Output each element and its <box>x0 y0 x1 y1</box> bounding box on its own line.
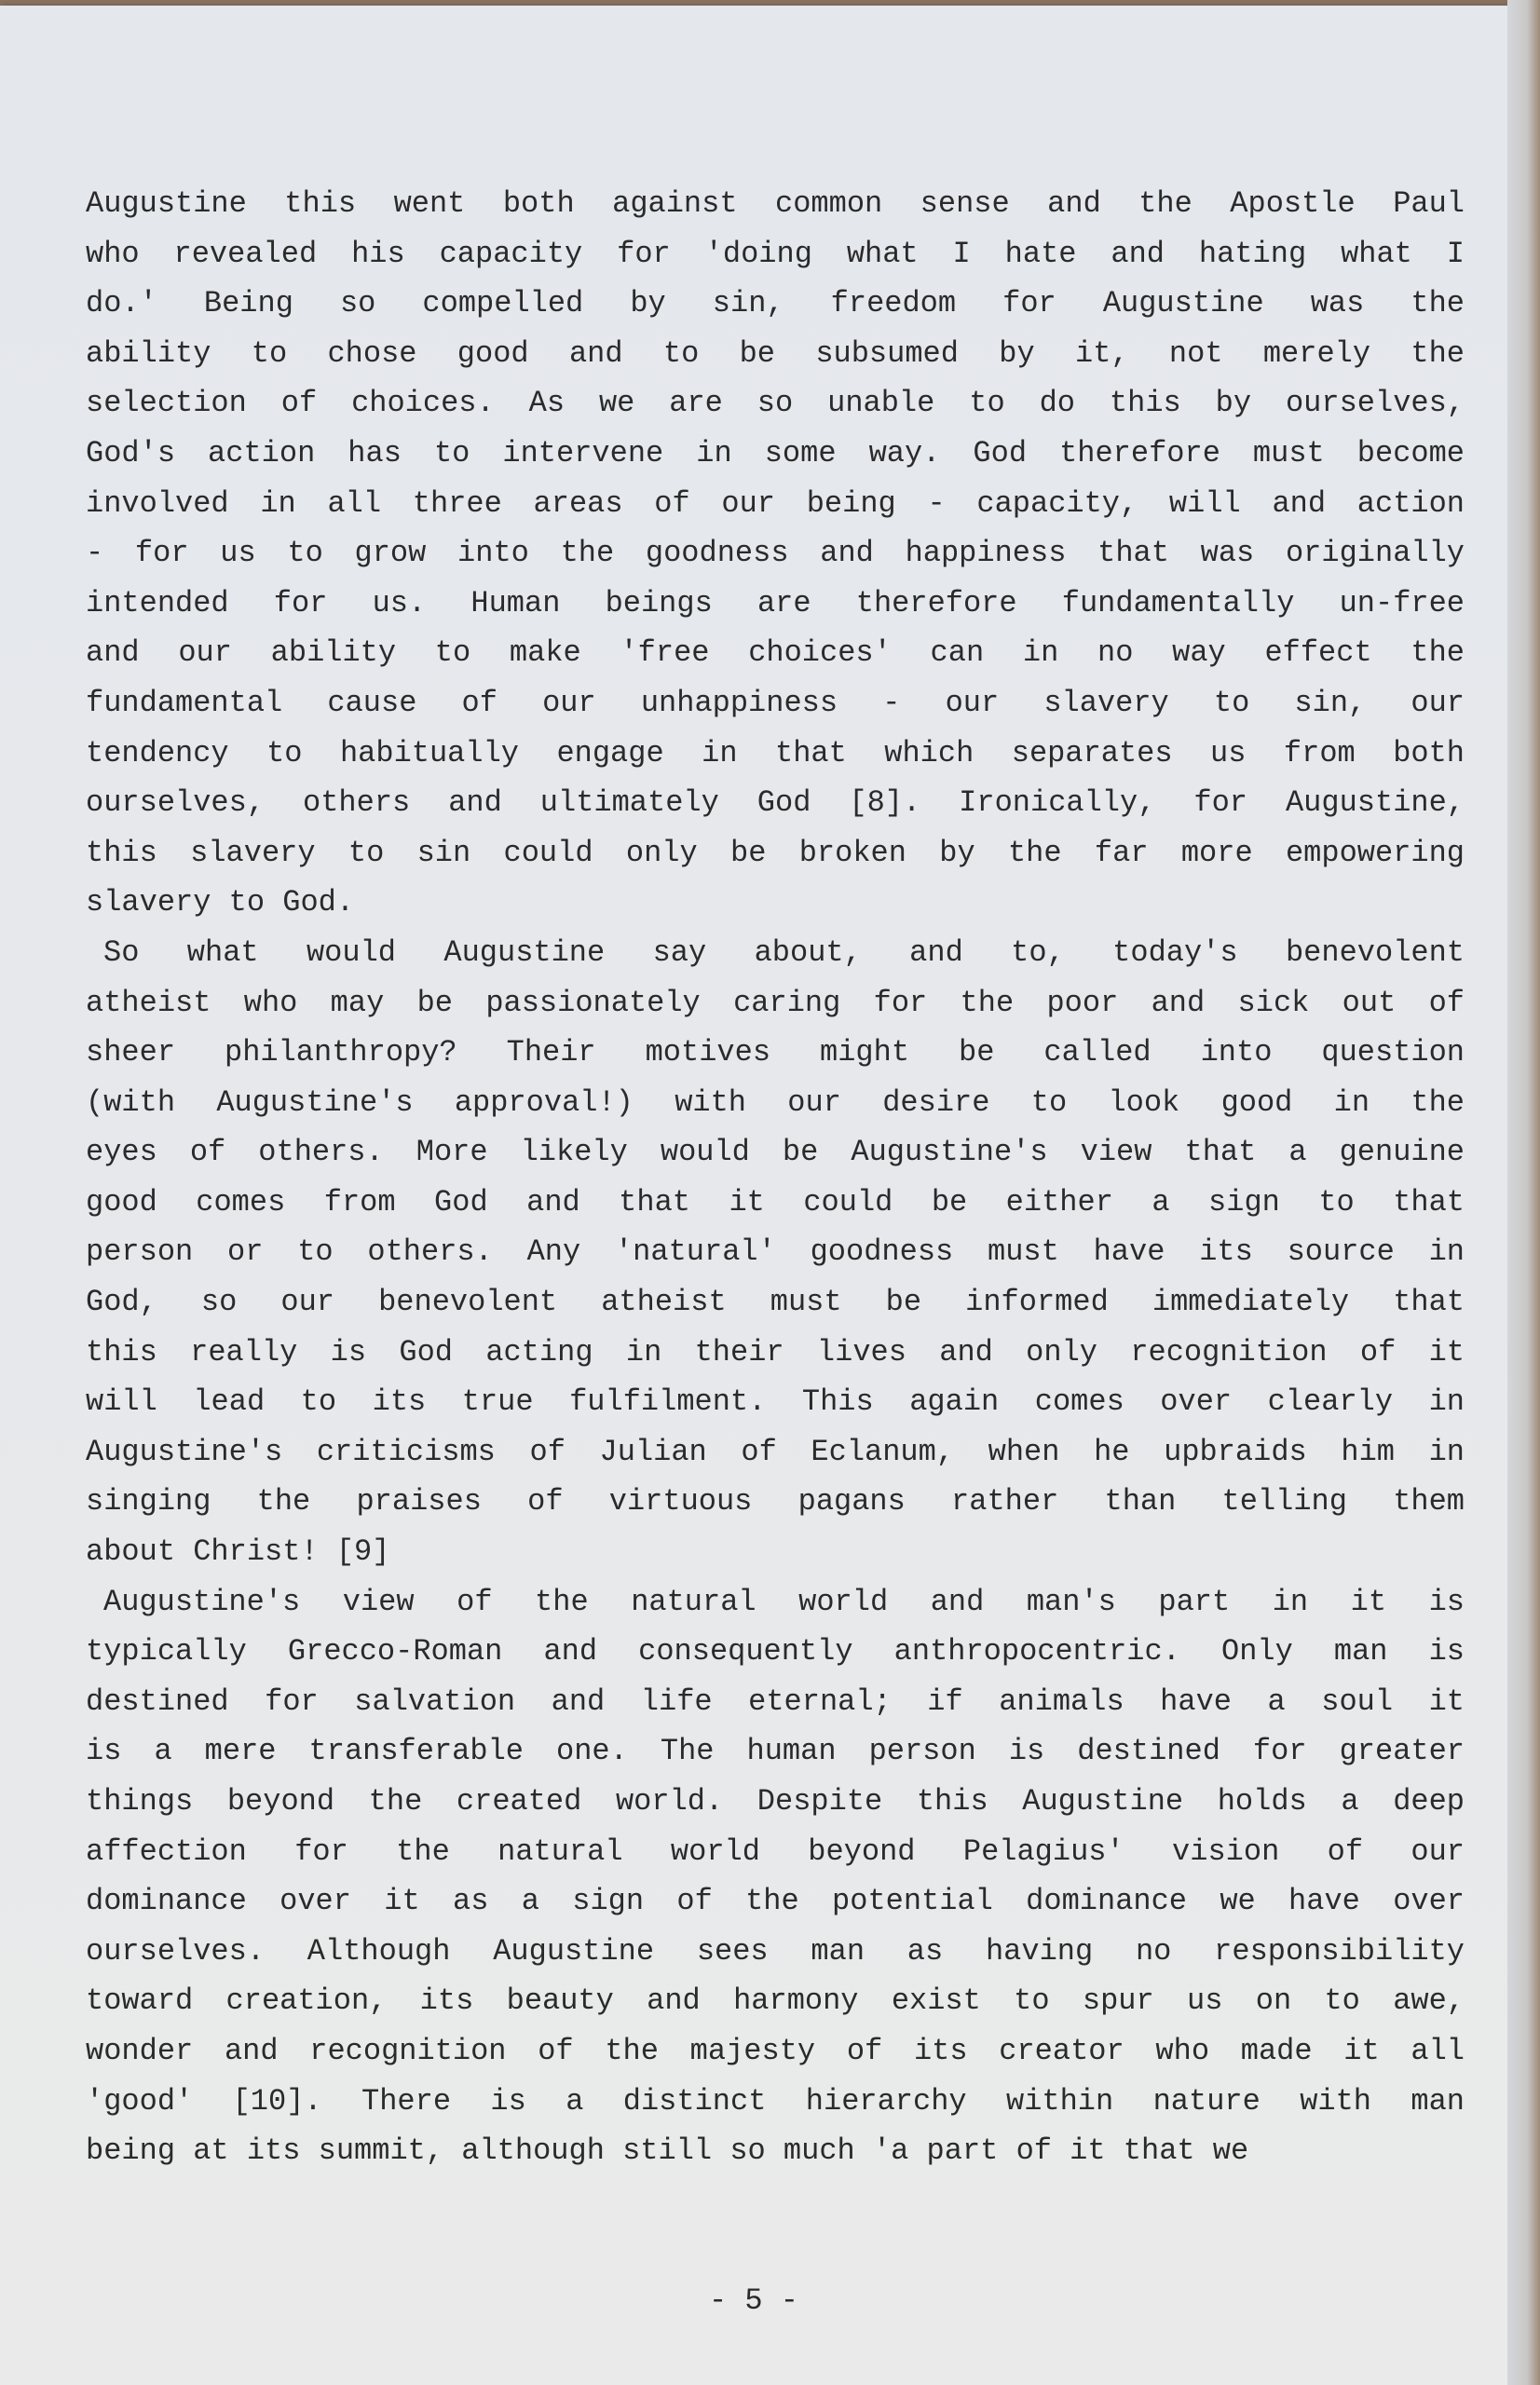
paragraph: Augustine's view of the natural world an… <box>86 1577 1465 2176</box>
text-line: this slavery to sin could only be broken… <box>86 828 1465 879</box>
text-line: God, so our benevolent atheist must be i… <box>86 1277 1465 1328</box>
text-line: toward creation, its beauty and harmony … <box>86 1976 1465 2026</box>
text-line: tendency to habitually engage in that wh… <box>86 729 1465 779</box>
text-line: ourselves. Although Augustine sees man a… <box>86 1927 1465 1977</box>
text-line: Augustine this went both against common … <box>86 179 1465 229</box>
text-line: Augustine's view of the natural world an… <box>86 1577 1465 1628</box>
text-line: - for us to grow into the goodness and h… <box>86 528 1465 579</box>
text-line: will lead to its true fulfilment. This a… <box>86 1377 1465 1427</box>
text-line: atheist who may be passionately caring f… <box>86 978 1465 1029</box>
text-line: typically Grecco-Roman and consequently … <box>86 1627 1465 1677</box>
text-line: Augustine's criticisms of Julian of Ecla… <box>86 1427 1465 1478</box>
paragraph: Augustine this went both against common … <box>86 179 1465 928</box>
text-line: ourselves, others and ultimately God [8]… <box>86 778 1465 828</box>
text-line: things beyond the created world. Despite… <box>86 1777 1465 1827</box>
text-line: and our ability to make 'free choices' c… <box>86 628 1465 678</box>
text-line: about Christ! [9] <box>86 1527 1465 1577</box>
text-line: ability to chose good and to be subsumed… <box>86 329 1465 379</box>
text-line: selection of choices. As we are so unabl… <box>86 378 1465 429</box>
text-line: God's action has to intervene in some wa… <box>86 429 1465 479</box>
page-number: - 5 - <box>0 2283 1507 2318</box>
text-line: destined for salvation and life eternal;… <box>86 1677 1465 1727</box>
text-line: good comes from God and that it could be… <box>86 1178 1465 1228</box>
text-line: 'good' [10]. There is a distinct hierarc… <box>86 2077 1465 2127</box>
text-line: wonder and recognition of the majesty of… <box>86 2026 1465 2077</box>
text-line: person or to others. Any 'natural' goodn… <box>86 1227 1465 1277</box>
text-line: this really is God acting in their lives… <box>86 1328 1465 1378</box>
text-line: do.' Being so compelled by sin, freedom … <box>86 279 1465 329</box>
text-line: involved in all three areas of our being… <box>86 479 1465 529</box>
text-line: affection for the natural world beyond P… <box>86 1827 1465 1877</box>
text-line: So what would Augustine say about, and t… <box>86 928 1465 978</box>
text-line: eyes of others. More likely would be Aug… <box>86 1127 1465 1178</box>
text-line: slavery to God. <box>86 878 1465 928</box>
text-line: intended for us. Human beings are theref… <box>86 579 1465 629</box>
text-line: being at its summit, although still so m… <box>86 2126 1465 2176</box>
text-line: singing the praises of virtuous pagans r… <box>86 1477 1465 1527</box>
text-line: sheer philanthropy? Their motives might … <box>86 1028 1465 1078</box>
text-line: fundamental cause of our unhappiness - o… <box>86 678 1465 729</box>
text-line: (with Augustine's approval!) with our de… <box>86 1078 1465 1128</box>
text-line: is a mere transferable one. The human pe… <box>86 1726 1465 1777</box>
document-page: Augustine this went both against common … <box>0 6 1507 2385</box>
body-text: Augustine this went both against common … <box>86 179 1465 2176</box>
page-edge <box>1507 0 1540 2385</box>
paragraph: So what would Augustine say about, and t… <box>86 928 1465 1577</box>
text-line: dominance over it as a sign of the poten… <box>86 1876 1465 1927</box>
text-line: who revealed his capacity for 'doing wha… <box>86 229 1465 279</box>
